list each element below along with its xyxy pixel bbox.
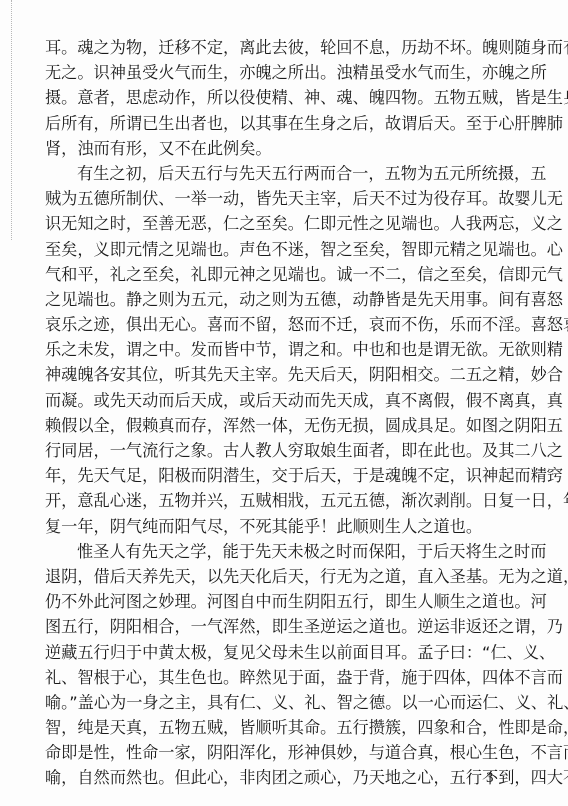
text-line: 复一年，阴气纯而阳气尽，不死其能乎！此顺则生人之道也。 [45, 514, 525, 539]
text-line: 图五行，阴阳相合，一气浑然，即生圣逆运之道也。逆运非返还之谓，乃 [45, 614, 525, 639]
text-line: 摄。意者，思虑动作，所以役使精、神、魂、魄四物。五物五贼，皆是生身以 [45, 85, 525, 110]
text-line: 喻，自然而然也。但此心，非肉团之顽心，乃天地之心，五行不到，四大不 [45, 765, 525, 790]
text-line: 退阴，借后天养先天，以先天化后天，行无为之道，直入圣基。无为之道， [45, 564, 525, 589]
body-text: 耳。魂之为物，迁移不定，离此去彼，轮回不息，历劫不坏。魄则随身而有 无之。识神虽… [45, 35, 525, 791]
text-line: 后所有，所谓已生出者也，以其事在生身之后，故谓后天。至于心肝脾肺 [45, 111, 525, 136]
text-line: 年，先天气足，阳极而阴潜生，交于后天，于是魂魄不定，识神起而精窍 [45, 463, 525, 488]
text-line: 而凝。或先天动而后天成，或后天动而先天成，真不离假，假不离真，真 [45, 388, 525, 413]
text-line: 肾，浊而有形，又不在此例矣。 [45, 136, 525, 161]
text-line: 耳。魂之为物，迁移不定，离此去彼，轮回不息，历劫不坏。魄则随身而有 [45, 35, 525, 60]
text-line: 哀乐之迹，俱出无心。喜而不留，怒而不迁，哀而不伤，乐而不淫。喜怒哀 [45, 312, 525, 337]
text-line: 智，纯是天真，五物五贼，皆顺听其命。五行攒簇，四象和合，性即是命， [45, 715, 525, 740]
text-line: 喻。”盖心为一身之主，具有仁、义、礼、智之德。以一心而运仁、义、礼、 [45, 690, 525, 715]
text-line: 识无知之时，至善无恶，仁之至矣。仁即元性之见端也。人我两忘，义之 [45, 211, 525, 236]
scan-margin-artifact [11, 0, 12, 240]
text-line: 气和平，礼之至矣，礼即元神之见端也。诚一不二，信之至矣，信即元气 [45, 262, 525, 287]
text-line: 贼为五德所制伏、一举一动，皆先天主宰，后天不过为役存耳。故婴儿无 [45, 186, 525, 211]
text-line: 礼、智根于心，其生色也。睟然见于面，盎于背，施于四体，四体不言而 [45, 665, 525, 690]
paragraph-2: 有生之初，后天五行与先天五行两而合一，五物为五元所统摄，五 贼为五德所制伏、一举… [45, 161, 525, 539]
paragraph-1: 耳。魂之为物，迁移不定，离此去彼，轮回不息，历劫不坏。魄则随身而有 无之。识神虽… [45, 35, 525, 161]
text-line: 逆藏五行归于中黄太极，复见父母未生以前面目耳。孟子曰：“仁、义、 [45, 640, 525, 665]
text-line: 乐之未发，谓之中。发而皆中节，谓之和。中也和也是谓无欲。无欲则精 [45, 337, 525, 362]
text-line: 惟圣人有先天之学，能于先天未极之时而保阳，于后天将生之时而 [45, 539, 525, 564]
text-line: 行同居，一气流行之象。古人教人穷取娘生面者，即在此也。及其二八之 [45, 438, 525, 463]
paragraph-3: 惟圣人有先天之学，能于先天未极之时而保阳，于后天将生之时而 退阴，借后天养先天，… [45, 539, 525, 791]
text-line: 命即是性，性命一家，阴阳浑化，形神俱妙，与道合真，根心生色，不言而 [45, 740, 525, 765]
text-line: 开，意乱心迷，五物并兴，五贼相戕，五元五德，渐次剥削。日复一日，年 [45, 488, 525, 513]
text-line: 至矣，义即元情之见端也。声色不迷，智之至矣，智即元精之见端也。心 [45, 237, 525, 262]
text-line: 赖假以全，假赖真而存，浑然一体，无伤无损，圆成具足。如图之阴阳五 [45, 413, 525, 438]
text-line: 有生之初，后天五行与先天五行两而合一，五物为五元所统摄，五 [45, 161, 525, 186]
page-number: 3 [486, 770, 494, 787]
text-line: 神魂魄各安其位，听其先天主宰。先天后天，阴阳相交。二五之精，妙合 [45, 362, 525, 387]
text-line: 无之。识神虽受火气而生，亦魄之所出。浊精虽受水气而生，亦魄之所 [45, 60, 525, 85]
text-line: 仍不外此河图之妙理。河图自中而生阴阳五行，即生人顺生之道也。河 [45, 589, 525, 614]
text-line: 之见端也。静之则为五元，动之则为五德，动静皆是先天用事。间有喜怒 [45, 287, 525, 312]
